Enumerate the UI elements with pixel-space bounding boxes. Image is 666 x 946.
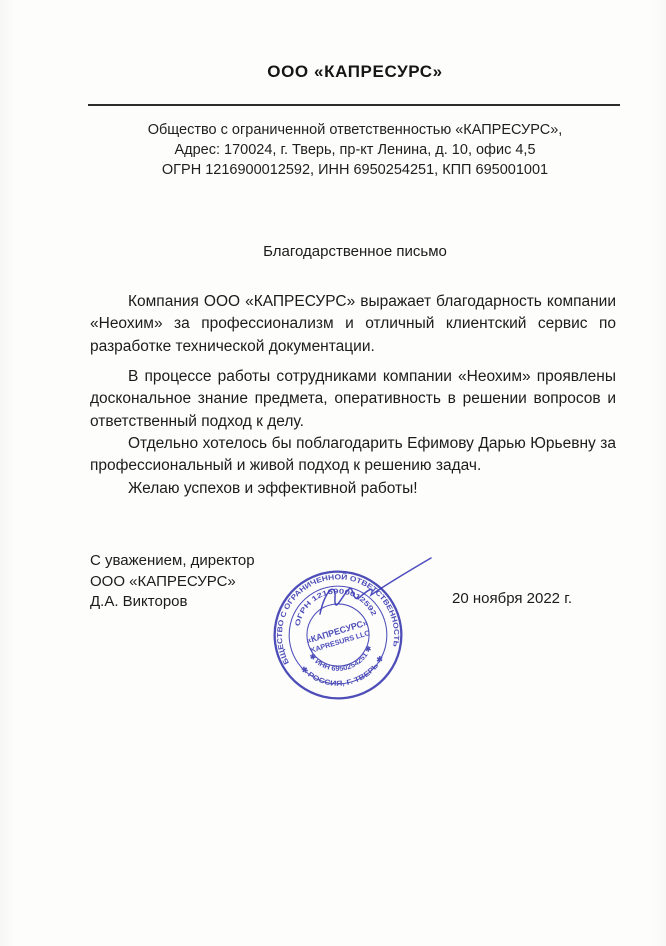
paragraph-work-process: В процессе работы сотрудниками компании … xyxy=(90,366,616,433)
paragraph-group: В процессе работы сотрудниками компании … xyxy=(90,366,616,477)
paragraph-wishes: Желаю успехов и эффективной работы! xyxy=(90,478,616,500)
company-registration-numbers: ОГРН 1216900012592, ИНН 6950254251, КПП … xyxy=(90,160,620,180)
paragraph-personal-thanks: Отдельно хотелось бы поблагодарить Ефимо… xyxy=(90,433,616,478)
letter-title: Благодарственное письмо xyxy=(90,243,620,260)
company-legal-name: Общество с ограниченной ответственностью… xyxy=(90,120,620,140)
header-divider xyxy=(88,104,620,106)
company-details: Общество с ограниченной ответственностью… xyxy=(90,120,620,180)
letter-date: 20 ноября 2022 г. xyxy=(452,590,612,607)
svg-text:ОБЩЕСТВО С ОГРАНИЧЕННОЙ ОТВЕТС: ОБЩЕСТВО С ОГРАНИЧЕННОЙ ОТВЕТСТВЕННОСТЬЮ xyxy=(263,560,403,667)
paragraph-gratitude: Компания ООО «КАПРЕСУРС» выражает благод… xyxy=(90,291,616,358)
company-address: Адрес: 170024, г. Тверь, пр-кт Ленина, д… xyxy=(90,140,620,160)
company-title: ООО «КАПРЕСУРС» xyxy=(90,62,620,82)
stamp-outer-top-text: ОБЩЕСТВО С ОГРАНИЧЕННОЙ ОТВЕТСТВЕННОСТЬЮ xyxy=(263,560,403,667)
company-stamp: ОБЩЕСТВО С ОГРАНИЧЕННОЙ ОТВЕТСТВЕННОСТЬЮ… xyxy=(263,560,412,709)
signature-salutation: С уважением, директор xyxy=(90,551,330,572)
stamp-seal-icon: ОБЩЕСТВО С ОГРАНИЧЕННОЙ ОТВЕТСТВЕННОСТЬЮ… xyxy=(263,560,412,709)
letter-page: ООО «КАПРЕСУРС» Общество с ограниченной … xyxy=(0,0,666,946)
